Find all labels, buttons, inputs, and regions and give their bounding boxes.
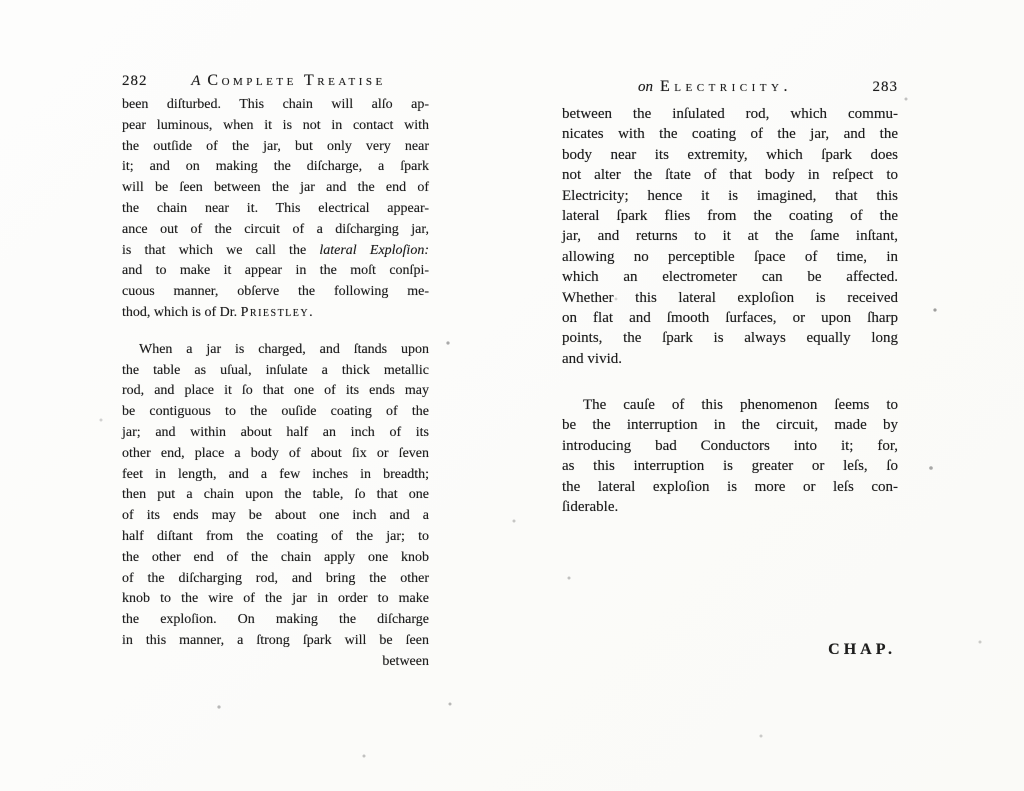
paragraph: been diſturbed. This chain will alſo ap-… — [122, 95, 429, 324]
text-line: other end, place a body of about ſix or … — [122, 444, 429, 465]
chapter-catchword: CHAP. — [828, 641, 896, 659]
text-line: on flat and ſmooth ſurfaces, or upon ſha… — [562, 308, 898, 328]
text-line: of its ends may be about one inch and a — [122, 506, 429, 527]
running-title-text: Complete Treatise — [207, 72, 385, 89]
text-line: which an electrometer can be affected. — [562, 267, 898, 287]
body-text-right: between the inſulated rod, which commu-n… — [562, 104, 898, 517]
text-line: between the inſulated rod, which commu- — [562, 104, 898, 124]
book-page-right: onElectricity. 283 between the inſulated… — [562, 76, 898, 517]
text-line: not alter the ſtate of that body in reſp… — [562, 165, 898, 185]
text-line: jar, and returns to it at the ſame inſta… — [562, 226, 898, 246]
text-line: feet in length, and a few inches in brea… — [122, 465, 429, 486]
text-line: the chain near it. This electrical appea… — [122, 199, 429, 220]
text-line: and vivid. — [562, 349, 898, 369]
text-line: lateral ſpark flies from the coating of … — [562, 206, 898, 226]
running-title-right: onElectricity. — [562, 76, 898, 98]
page-number-left: 282 — [122, 70, 148, 92]
text-line: jar; and within about half an inch of it… — [122, 423, 429, 444]
text-line: pear luminous, when it is not in contact… — [122, 116, 429, 137]
page-number-right: 283 — [873, 76, 899, 98]
running-title-left: AComplete Treatise — [122, 70, 429, 93]
text-line: introducing bad Conductors into it; for, — [562, 436, 898, 456]
text-line: Whether this lateral exploſion is receiv… — [562, 288, 898, 308]
paragraph: When a jar is charged, and ſtands uponth… — [122, 340, 429, 652]
page-header-left: 282 AComplete Treatise — [122, 70, 429, 92]
text-line: When a jar is charged, and ſtands upon — [122, 340, 429, 361]
book-scan: { "document": { "background_color": "#fc… — [0, 0, 1024, 791]
text-line: ſiderable. — [562, 497, 898, 517]
text-line: been diſturbed. This chain will alſo ap- — [122, 95, 429, 116]
text-line: the exploſion. On making the diſcharge — [122, 610, 429, 631]
text-line: then put a chain upon the table, ſo that… — [122, 485, 429, 506]
text-line: be contiguous to the ouſide coating of t… — [122, 402, 429, 423]
page-header-right: onElectricity. 283 — [562, 76, 898, 98]
running-title-text: Electricity. — [660, 78, 792, 95]
text-line: ance out of the circuit of a diſcharging… — [122, 220, 429, 241]
catchword: between — [122, 652, 429, 673]
text-line: knob to the wire of the jar in order to … — [122, 589, 429, 610]
text-line: points, the ſpark is always equally long — [562, 328, 898, 348]
text-line: will be ſeen between the jar and the end… — [122, 178, 429, 199]
text-line: The cauſe of this phenomenon ſeems to — [562, 395, 898, 415]
text-line: Electricity; hence it is imagined, that … — [562, 186, 898, 206]
running-title-italic-word: A — [191, 73, 200, 89]
text-line: the other end of the chain apply one kno… — [122, 548, 429, 569]
text-line: of the diſcharging rod, and bring the ot… — [122, 569, 429, 590]
text-line: is that which we call the lateral Exploſ… — [122, 241, 429, 262]
text-line: the lateral exploſion is more or leſs co… — [562, 477, 898, 497]
text-line: as this interruption is greater or leſs,… — [562, 456, 898, 476]
paragraph: The cauſe of this phenomenon ſeems tobe … — [562, 395, 898, 517]
text-line: it; and on making the diſcharge, a ſpark — [122, 157, 429, 178]
paragraph: between the inſulated rod, which commu-n… — [562, 104, 898, 369]
text-line: in this manner, a ſtrong ſpark will be ſ… — [122, 631, 429, 652]
text-line: the outſide of the jar, but only very ne… — [122, 137, 429, 158]
text-line: nicates with the coating of the jar, and… — [562, 124, 898, 144]
text-line: be the interruption in the circuit, made… — [562, 415, 898, 435]
text-line: half diſtant from the coating of the jar… — [122, 527, 429, 548]
text-line: cuous manner, obſerve the following me- — [122, 282, 429, 303]
text-line: allowing no perceptible ſpace of time, i… — [562, 247, 898, 267]
text-line: the table as uſual, inſulate a thick met… — [122, 361, 429, 382]
scan-speckles — [0, 0, 2, 2]
text-line: body near its extremity, which ſpark doe… — [562, 145, 898, 165]
text-line: thod, which is of Dr. Priestley. — [122, 303, 429, 324]
running-title-italic-word: on — [638, 79, 653, 95]
text-line: and to make it appear in the moſt conſpi… — [122, 261, 429, 282]
book-page-left: 282 AComplete Treatise been diſturbed. T… — [122, 70, 429, 673]
body-text-left: been diſturbed. This chain will alſo ap-… — [122, 95, 429, 652]
text-line: rod, and place it ſo that one of its end… — [122, 381, 429, 402]
